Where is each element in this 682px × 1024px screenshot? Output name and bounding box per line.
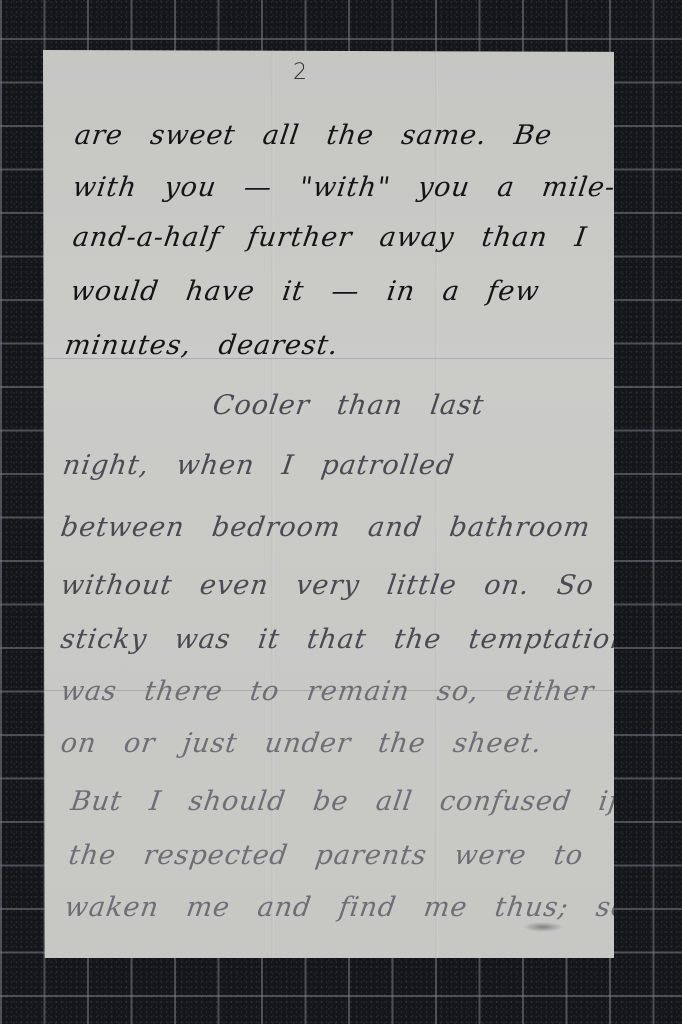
handwritten-line: without even very little on. So xyxy=(59,570,596,601)
handwritten-line: waken me and find me thus; so xyxy=(63,892,631,923)
ink-smudge xyxy=(523,922,563,932)
letter-page: 2 are sweet all the same. Be with you — … xyxy=(43,50,614,958)
handwritten-line: with you — "with" you a mile- xyxy=(71,172,618,203)
handwritten-line: and-a-half further away than I xyxy=(71,222,589,253)
handwritten-line: sticky was it that the temptation xyxy=(59,624,631,655)
handwritten-line: minutes, dearest. xyxy=(63,330,341,361)
handwritten-line: would have it — in a few xyxy=(69,276,542,307)
handwritten-line: the respected parents were to xyxy=(67,840,586,871)
line-text: night, when I patrolled xyxy=(61,450,457,481)
handwritten-line: was there to remain so, either xyxy=(59,676,597,707)
handwritten-line-with-underline: night, when I patrolled xyxy=(61,450,457,481)
page-number: 2 xyxy=(293,60,307,85)
handwritten-line: are sweet all the same. Be xyxy=(73,120,555,151)
handwritten-line: on or just under the sheet. xyxy=(59,728,544,759)
handwritten-line: But I should be all confused if xyxy=(69,786,622,817)
handwritten-line: between bedroom and bathroom xyxy=(59,512,593,543)
handwritten-line: Cooler than last xyxy=(211,390,486,421)
